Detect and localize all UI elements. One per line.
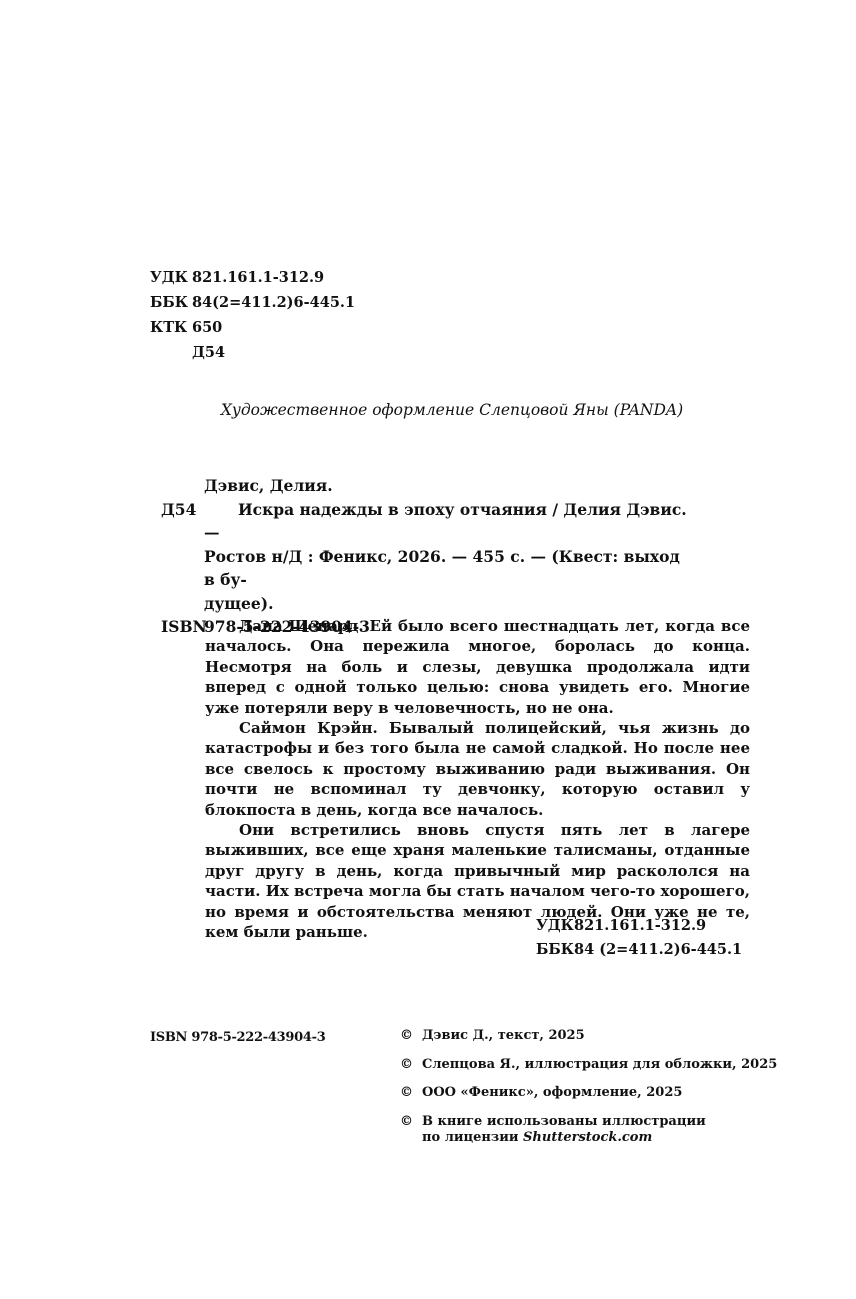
description-line: Ростов н/Д : Феникс, 2026. — 455 с. — (К… xyxy=(204,545,694,592)
footer-isbn: ISBN 978-5-222-43904-3 xyxy=(150,1030,325,1045)
description-text: Искра надежды в эпоху отчаяния / Делия Д… xyxy=(204,498,694,616)
design-credit: Художественное оформление Слепцовой Яны … xyxy=(0,401,856,419)
bbk-label: ББК xyxy=(536,938,574,962)
author-mark: Д54 xyxy=(150,340,355,365)
annotation-codes: УДК 821.161.1-312.9 ББК 84 (2=411.2)6-44… xyxy=(536,914,742,962)
license-prefix: по лицензии xyxy=(422,1130,523,1145)
udk-label: УДК xyxy=(150,265,192,290)
description-entry: Д54 Искра надежды в эпоху отчаяния / Дел… xyxy=(161,498,701,616)
copyright-icon: © xyxy=(400,1057,422,1086)
udk-row: УДК 821.161.1-312.9 xyxy=(536,914,742,938)
bbk-value: 84(2=411.2)6-445.1 xyxy=(192,290,355,315)
bibliographic-record: Дэвис, Делия. Д54 Искра надежды в эпоху … xyxy=(161,474,701,639)
copyright-icon: © xyxy=(400,1085,422,1114)
license-line-1: В книге использованы иллюстрации xyxy=(422,1114,706,1130)
bbk-value: 84 (2=411.2)6-445.1 xyxy=(574,938,742,962)
udk-label: УДК xyxy=(536,914,574,938)
license-line-2: по лицензии Shutterstock.com xyxy=(422,1130,706,1146)
copyright-icon: © xyxy=(400,1028,422,1057)
copyright-text: Слепцова Я., иллюстрация для обложки, 20… xyxy=(422,1057,777,1086)
description-line: Искра надежды в эпоху отчаяния / Делия Д… xyxy=(204,500,687,543)
license-source: Shutterstock.com xyxy=(523,1130,652,1145)
copyright-item: © Слепцова Я., иллюстрация для обложки, … xyxy=(400,1057,777,1086)
copyright-text: В книге использованы иллюстрации по лице… xyxy=(422,1114,706,1146)
copyright-text: Дэвис Д., текст, 2025 xyxy=(422,1028,585,1057)
udk-value: 821.161.1-312.9 xyxy=(574,914,706,938)
description-line: дущее). xyxy=(204,592,694,616)
bbk-row: ББК 84 (2=411.2)6-445.1 xyxy=(536,938,742,962)
bbk-label: ББК xyxy=(150,290,192,315)
copyright-item: © ООО «Феникс», оформление, 2025 xyxy=(400,1085,777,1114)
copyright-list: © Дэвис Д., текст, 2025 © Слепцова Я., и… xyxy=(400,1028,777,1146)
ktk-row: КТК 650 xyxy=(150,315,355,340)
annotation: Дана Шепард. Ей было всего шестнадцать л… xyxy=(205,616,750,943)
copyright-item: © В книге использованы иллюстрации по ли… xyxy=(400,1114,777,1146)
udk-row: УДК 821.161.1-312.9 xyxy=(150,265,355,290)
ktk-label: КТК xyxy=(150,315,192,340)
annotation-paragraph: Дана Шепард. Ей было всего шестнадцать л… xyxy=(205,616,750,718)
author-heading: Дэвис, Делия. xyxy=(161,474,701,498)
isbn-label: ISBN xyxy=(161,615,204,639)
ktk-value: 650 xyxy=(192,315,222,340)
entry-author-mark: Д54 xyxy=(161,498,204,616)
copyright-text: ООО «Феникс», оформление, 2025 xyxy=(422,1085,682,1114)
annotation-paragraph: Саймон Крэйн. Бывалый полицейский, чья ж… xyxy=(205,718,750,820)
classification-codes: УДК 821.161.1-312.9 ББК 84(2=411.2)6-445… xyxy=(150,265,355,365)
udk-value: 821.161.1-312.9 xyxy=(192,265,324,290)
copyright-icon: © xyxy=(400,1114,422,1146)
copyright-item: © Дэвис Д., текст, 2025 xyxy=(400,1028,777,1057)
bbk-row: ББК 84(2=411.2)6-445.1 xyxy=(150,290,355,315)
